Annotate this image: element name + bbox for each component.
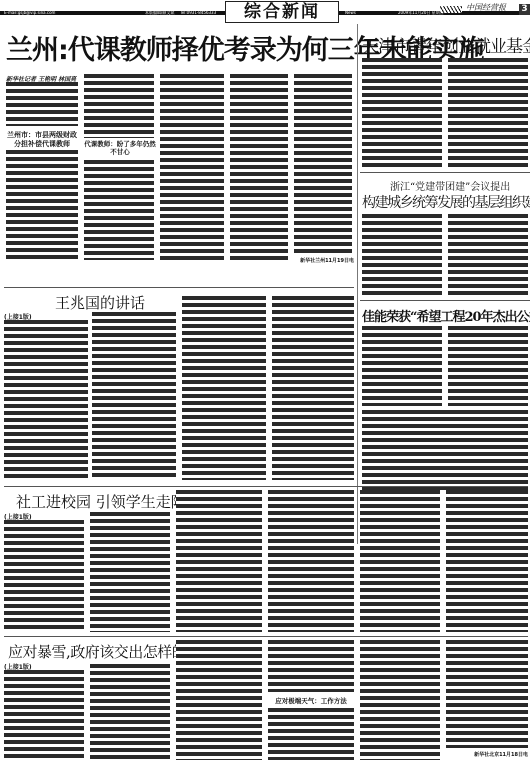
snow-col4-b xyxy=(268,708,354,760)
column-divider xyxy=(357,24,358,544)
snow-col2 xyxy=(90,664,170,760)
lanzhou-col4 xyxy=(230,74,288,260)
divider xyxy=(4,486,528,487)
lanzhou-col5 xyxy=(294,74,352,254)
subhead-snowstorm: 应对极端天气：工作方法 xyxy=(268,696,354,705)
headline-wang: 王兆国的讲话 xyxy=(55,292,145,313)
canon-col2 xyxy=(448,326,528,406)
wang-col3 xyxy=(182,296,266,480)
wang-col5 xyxy=(362,410,528,490)
zhejiang-col2 xyxy=(448,214,528,298)
header-date: 2009年11月20日 星期五 xyxy=(398,11,444,15)
snow-col6 xyxy=(446,640,528,748)
divider xyxy=(360,300,530,301)
lanzhou-subhead-2: 代课教师：盼了多年仍然不甘心 xyxy=(84,140,156,156)
divider xyxy=(360,172,530,173)
tianjin-col2 xyxy=(448,58,528,168)
wang-col4 xyxy=(272,296,354,480)
headline-tianjin: 天津市青年创业就业基金会成立 xyxy=(362,32,530,57)
snow-col1 xyxy=(4,670,84,760)
decorative-stripes-icon xyxy=(440,6,462,13)
snow-col3 xyxy=(176,640,262,760)
header-editor: 本版编辑/颜文斌 xyxy=(145,11,174,15)
section-title: 综合新闻 xyxy=(225,1,339,23)
social-col5 xyxy=(360,490,440,632)
lanzhou-col2-b xyxy=(84,160,154,260)
snow-col4-a xyxy=(268,640,354,692)
page-number: 3 xyxy=(519,4,530,15)
headline-zhejiang: 构建城乡统筹发展的基层组织建设新格局 xyxy=(362,192,530,212)
social-col1 xyxy=(4,520,84,632)
header-phone: Tel:0931-8456333 xyxy=(180,11,216,15)
dateline-lanzhou: 新华社兰州11月19日电 xyxy=(290,257,354,264)
header-email: E-mail:gsjb@vip.sina.com xyxy=(4,11,55,15)
divider xyxy=(4,636,528,637)
canon-col1 xyxy=(362,326,442,406)
headline-canon: 佳能荣获“希望工程20年杰出公益伙伴奖” xyxy=(362,306,530,325)
section-en: News xyxy=(345,11,356,15)
wang-col2 xyxy=(92,312,176,480)
kicker-zhejiang: 浙江“党建带团建”会议提出 xyxy=(390,178,510,193)
social-col4 xyxy=(268,490,354,632)
wang-col1 xyxy=(4,320,88,480)
snow-col5 xyxy=(360,640,440,760)
lanzhou-col3 xyxy=(160,74,224,260)
social-col3 xyxy=(176,490,262,632)
tianjin-col1 xyxy=(362,58,442,168)
paper-logo: 中国经营报 xyxy=(466,2,506,13)
divider xyxy=(4,287,354,288)
dateline-snowstorm: 新华社北京11月18日电 xyxy=(446,751,528,758)
lanzhou-subhead-1: 兰州市：市县两级财政分担补偿代课教师 xyxy=(4,130,80,148)
social-col2 xyxy=(90,512,170,632)
lanzhou-col1-a xyxy=(6,82,78,126)
social-col6 xyxy=(446,490,528,632)
lanzhou-col2-a xyxy=(84,74,154,138)
lanzhou-col1-b xyxy=(6,150,78,260)
zhejiang-col1 xyxy=(362,214,442,298)
